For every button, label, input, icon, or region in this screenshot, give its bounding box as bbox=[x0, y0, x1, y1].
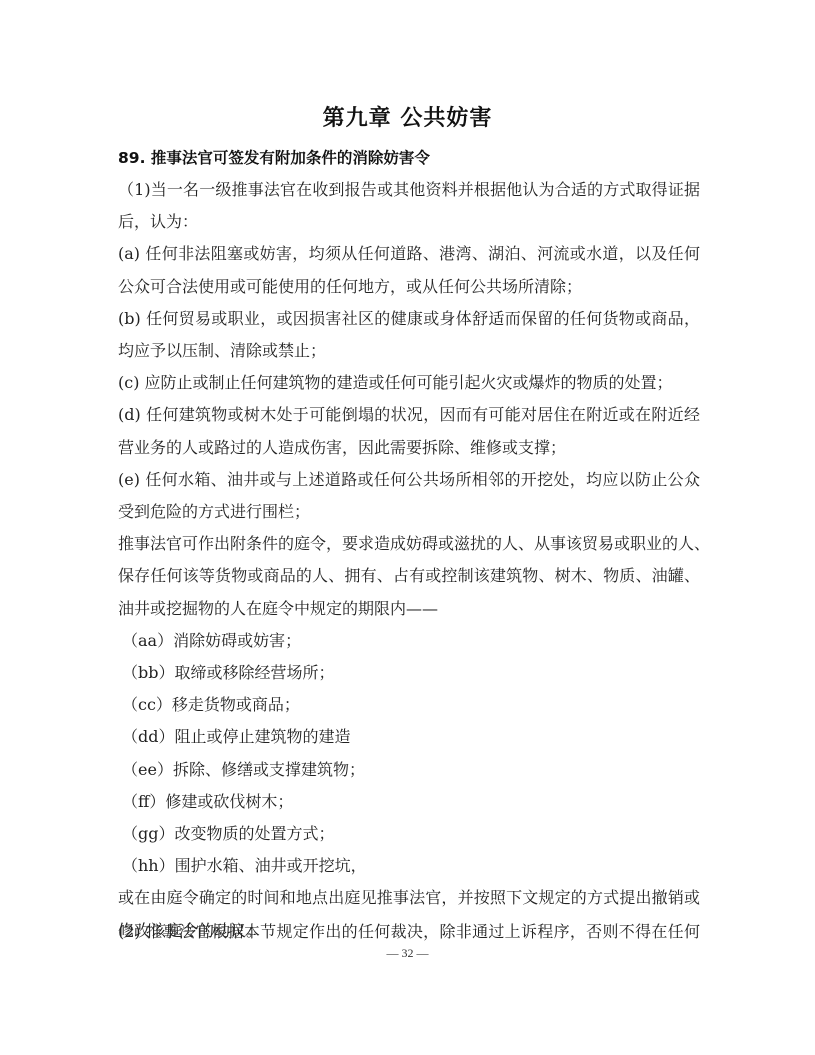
text-line: (c) 应防止或制止任何建筑物的建造或任何可能引起火灾或爆炸的物质的处置； bbox=[118, 373, 700, 393]
text-line: 或在由庭令确定的时间和地点出庭见推事法官，并按照下文规定的方式提出撤销或 bbox=[118, 888, 700, 908]
text-line: （ff）修建或砍伐树木； bbox=[122, 792, 704, 812]
text-line: (d) 任何建筑物或树木处于可能倒塌的状况，因而有可能对居住在附近或在附近经 bbox=[118, 405, 700, 425]
text-line: 保存任何该等货物或商品的人、拥有、占有或控制该建筑物、树木、物质、油罐、 bbox=[118, 566, 700, 586]
section-heading: 89. 推事法官可签发有附加条件的消除妨害令 bbox=[118, 148, 700, 168]
text-line: （aa）消除妨碍或妨害； bbox=[122, 631, 704, 651]
text-line: 后，认为： bbox=[118, 212, 700, 232]
text-line: （ee）拆除、修缮或支撑建筑物； bbox=[122, 760, 704, 780]
document-page: 第九章 公共妨害 89. 推事法官可签发有附加条件的消除妨害令 （1)当一名一级… bbox=[0, 0, 815, 1055]
text-line: （hh）围护水箱、油井或开挖坑， bbox=[122, 856, 704, 876]
text-line: 营业务的人或路过的人造成伤害，因此需要拆除、维修或支撑； bbox=[118, 438, 700, 458]
text-line: （gg）改变物质的处置方式； bbox=[122, 824, 704, 844]
text-line: (e) 任何水箱、油井或与上述道路或任何公共场所相邻的开挖处，均应以防止公众 bbox=[118, 470, 700, 490]
text-line: 推事法官可作出附条件的庭令，要求造成妨碍或滋扰的人、从事该贸易或职业的人、 bbox=[118, 534, 700, 554]
text-line: 受到危险的方式进行围栏； bbox=[118, 502, 700, 522]
text-line: 公众可合法使用或可能使用的任何地方，或从任何公共场所清除； bbox=[118, 277, 700, 297]
text-line: （dd）阻止或停止建筑物的建造 bbox=[122, 727, 704, 747]
text-line: (a) 任何非法阻塞或妨害，均须从任何道路、港湾、湖泊、河流或水道，以及任何 bbox=[118, 244, 700, 264]
text-line: （bb）取缔或移除经营场所； bbox=[122, 663, 704, 683]
chapter-title: 第九章 公共妨害 bbox=[0, 101, 815, 132]
text-line: (b) 任何贸易或职业，或因损害社区的健康或身体舒适而保留的任何货物或商品， bbox=[118, 309, 700, 329]
text-line: (2) 推事法官根据本节规定作出的任何裁决，除非通过上诉程序，否则不得在任何 bbox=[118, 922, 700, 942]
text-line: （1)当一名一级推事法官在收到报告或其他资料并根据他认为合适的方式取得证据 bbox=[118, 180, 700, 200]
text-line: （cc）移走货物或商品； bbox=[122, 695, 704, 715]
text-line: 油井或挖掘物的人在庭令中规定的期限内—— bbox=[118, 599, 700, 619]
page-number: — 32 — bbox=[0, 946, 815, 961]
text-line: 均应予以压制、清除或禁止； bbox=[118, 341, 700, 361]
